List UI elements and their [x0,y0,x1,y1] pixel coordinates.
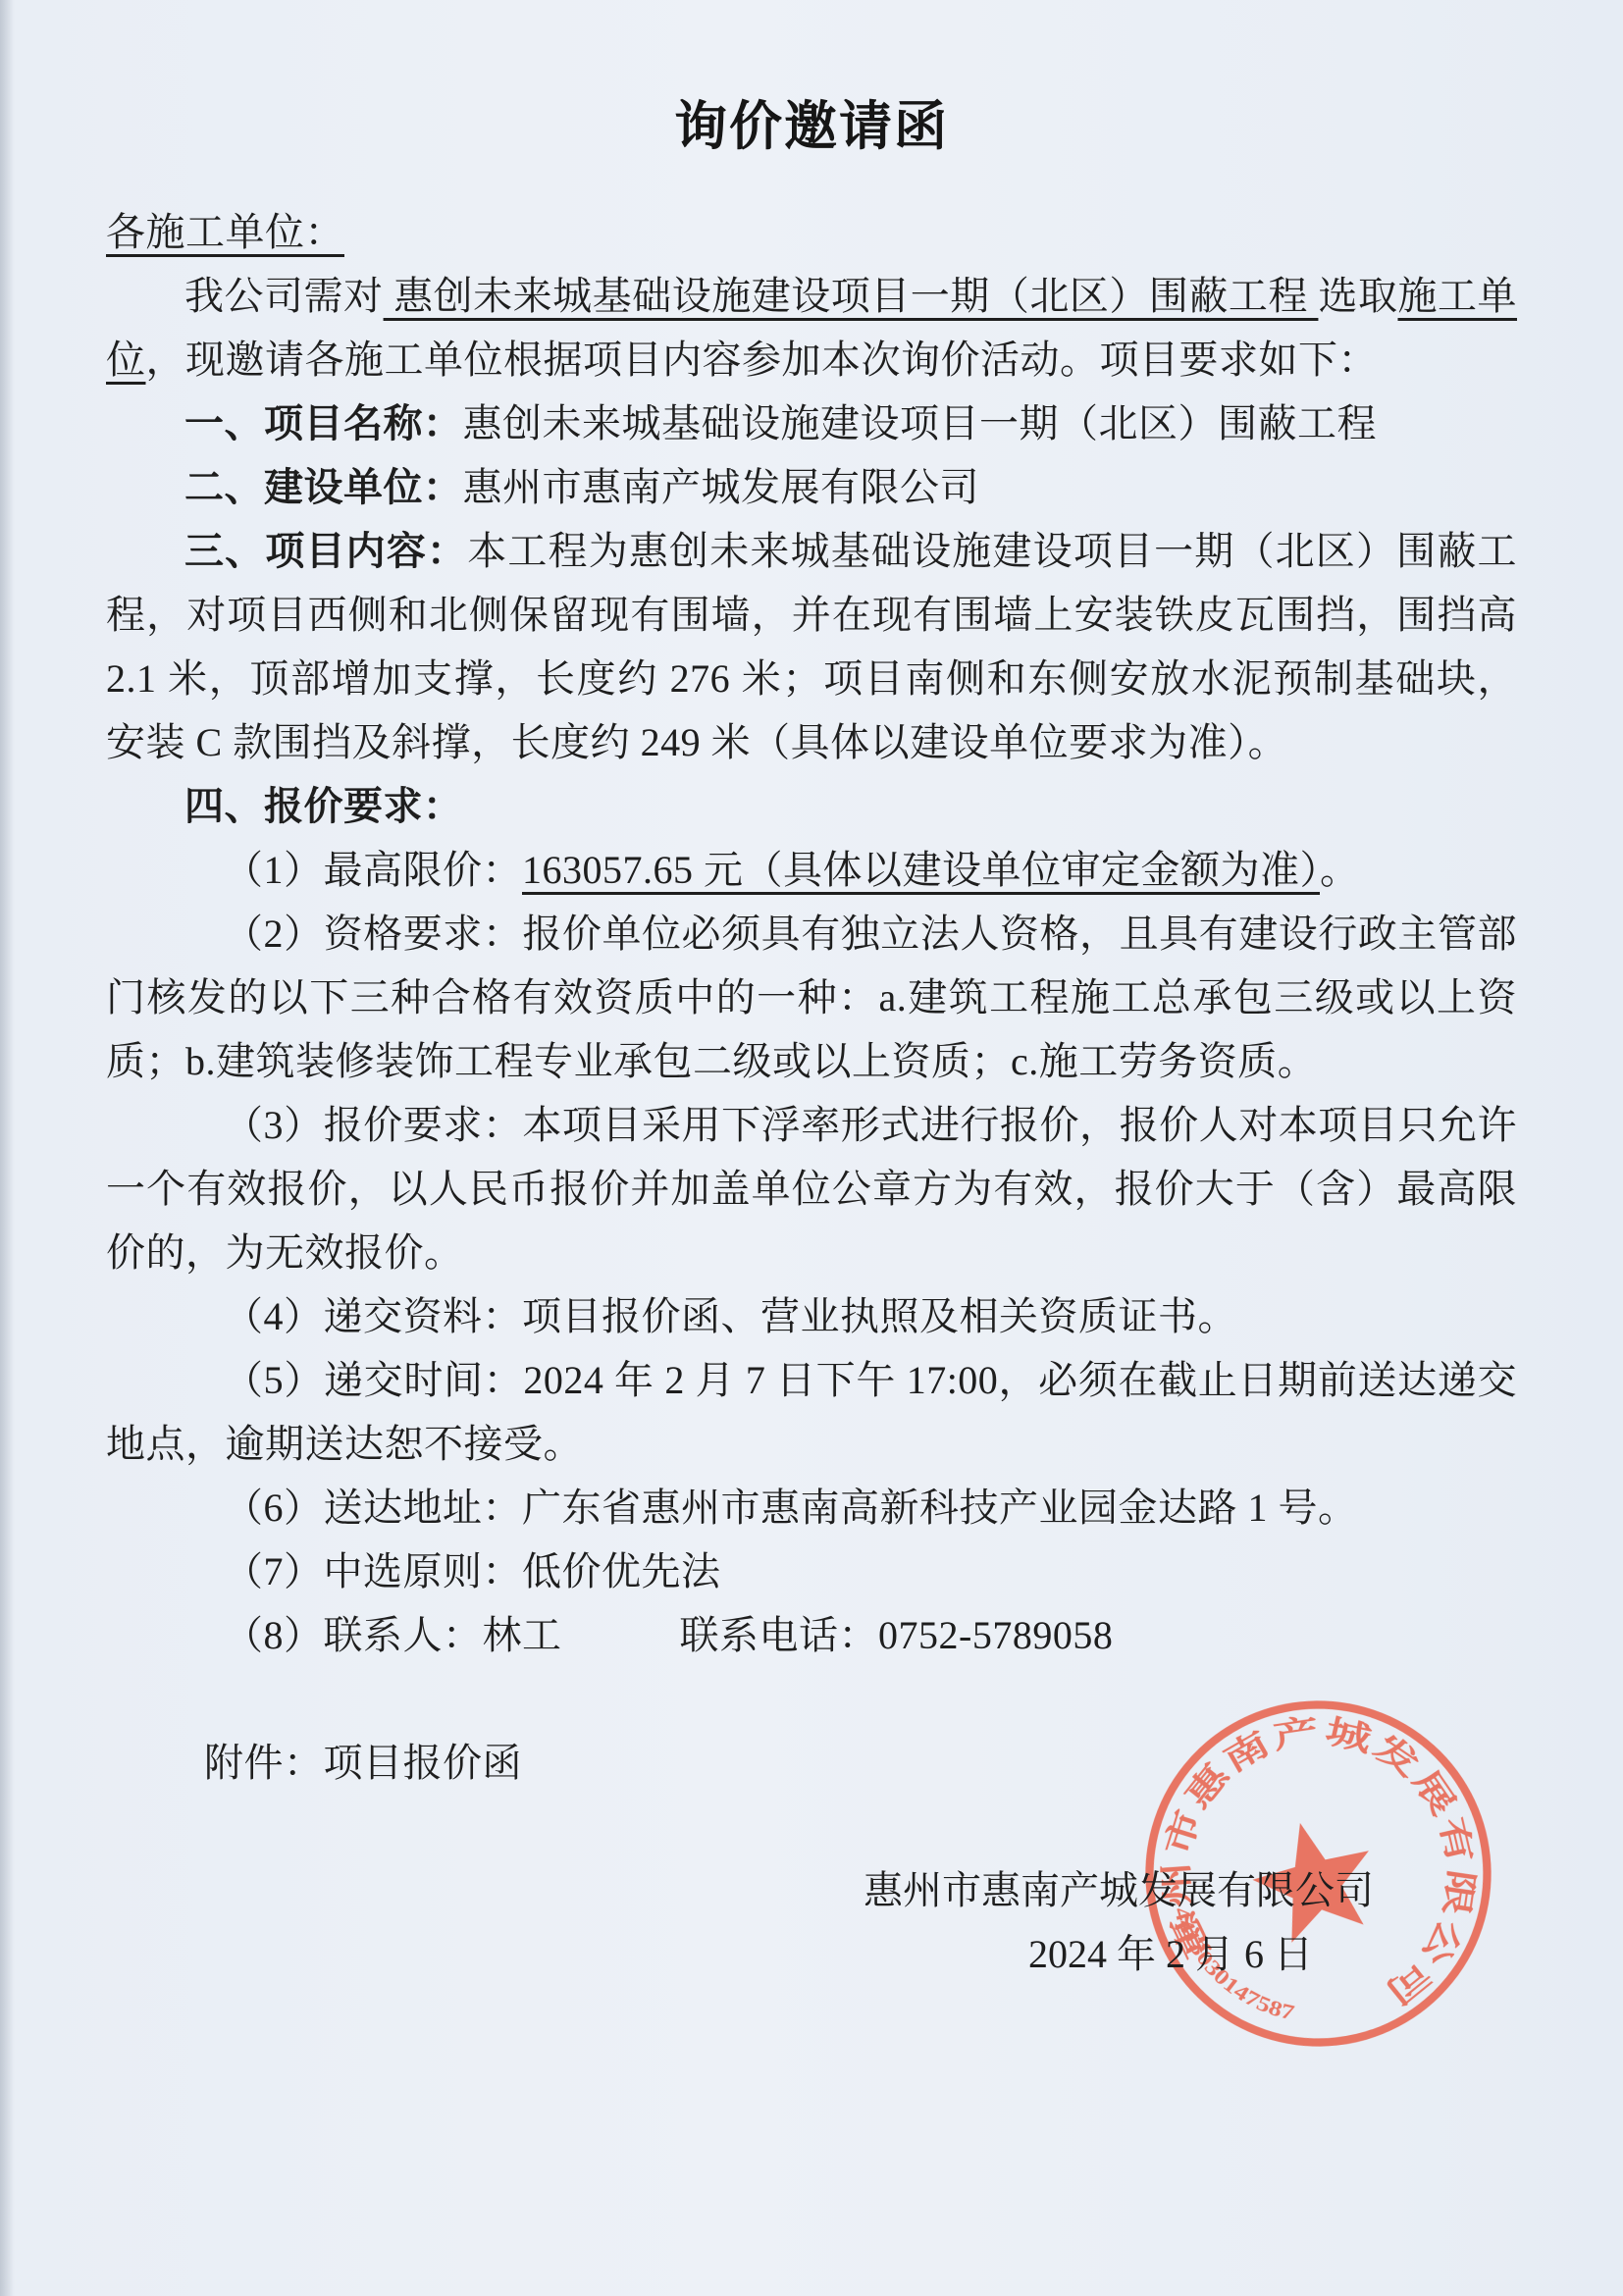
signature-block: 惠州市惠南产城发展有限公司 2024 年 2 月 6 日 [106,1858,1517,1986]
item1-label: 一、项目名称： [184,401,463,445]
item2-label: 二、建设单位： [184,465,463,509]
req1-post: 。 [1320,848,1360,892]
item-project-name: 一、项目名称：惠创未来城基础设施建设项目一期（北区）围蔽工程 [106,391,1517,455]
req1-pre: （1）最高限价： [224,848,522,892]
req-documents: （4）递交资料：项目报价函、营业执照及相关资质证书。 [106,1284,1517,1348]
document-content: 询价邀请函 各施工单位： 我公司需对 惠创未来城基础设施建设项目一期（北区）围蔽… [0,0,1623,1986]
req-selection-principle: （7）中选原则：低价优先法 [106,1539,1517,1603]
contact-person: （8）联系人：林工 [224,1613,562,1657]
intro-paragraph: 我公司需对 惠创未来城基础设施建设项目一期（北区）围蔽工程 选取施工单位，现邀请… [106,264,1517,391]
req1-price: 163057.65 元（具体以建设单位审定金额为准） [522,848,1320,892]
page-title: 询价邀请函 [106,86,1517,167]
intro-project-name: 惠创未来城基础设施建设项目一期（北区）围蔽工程 [384,274,1319,318]
item2-text: 惠州市惠南产城发展有限公司 [463,465,980,509]
intro-post: ，现邀请各施工单位根据项目内容参加本次询价活动。项目要求如下： [146,338,1379,382]
req-max-price: （1）最高限价：163057.65 元（具体以建设单位审定金额为准）。 [106,838,1517,902]
document-page: 惠州市惠南产城发展有限公司 4413030147587 询价邀请函 各施工单位：… [0,0,1623,2296]
salutation-text: 各施工单位： [106,210,344,254]
contact-phone: 联系电话：0752-5789058 [680,1613,1114,1657]
item-quotation-requirements: 四、报价要求： [106,774,1517,838]
item4-label: 四、报价要求： [184,784,463,828]
req-contact-line: （8）联系人：林工联系电话：0752-5789058 [106,1603,1517,1667]
item-project-content: 三、项目内容：本工程为惠创未来城基础设施建设项目一期（北区）围蔽工程，对项目西侧… [106,519,1517,774]
signature-date: 2024 年 2 月 6 日 [106,1922,1313,1986]
req-qualification: （2）资格要求：报价单位必须具有独立法人资格，且具有建设行政主管部门核发的以下三… [106,902,1517,1093]
req-address: （6）送达地址：广东省惠州市惠南高新科技产业园金达路 1 号。 [106,1476,1517,1539]
intro-pre: 我公司需对 [184,274,384,318]
item3-label: 三、项目内容： [184,529,467,573]
req-quotation-rule: （3）报价要求：本项目采用下浮率形式进行报价，报价人对本项目只允许一个有效报价，… [106,1093,1517,1284]
signature-company: 惠州市惠南产城发展有限公司 [106,1858,1374,1922]
item1-text: 惠创未来城基础设施建设项目一期（北区）围蔽工程 [463,401,1378,445]
item-construction-unit: 二、建设单位：惠州市惠南产城发展有限公司 [106,455,1517,519]
intro-mid: 选取 [1318,274,1397,318]
attachment-line: 附件：项目报价函 [106,1731,1517,1795]
salutation-line: 各施工单位： [106,200,1517,264]
req-deadline: （5）递交时间：2024 年 2 月 7 日下午 17:00，必须在截止日期前送… [106,1348,1517,1476]
